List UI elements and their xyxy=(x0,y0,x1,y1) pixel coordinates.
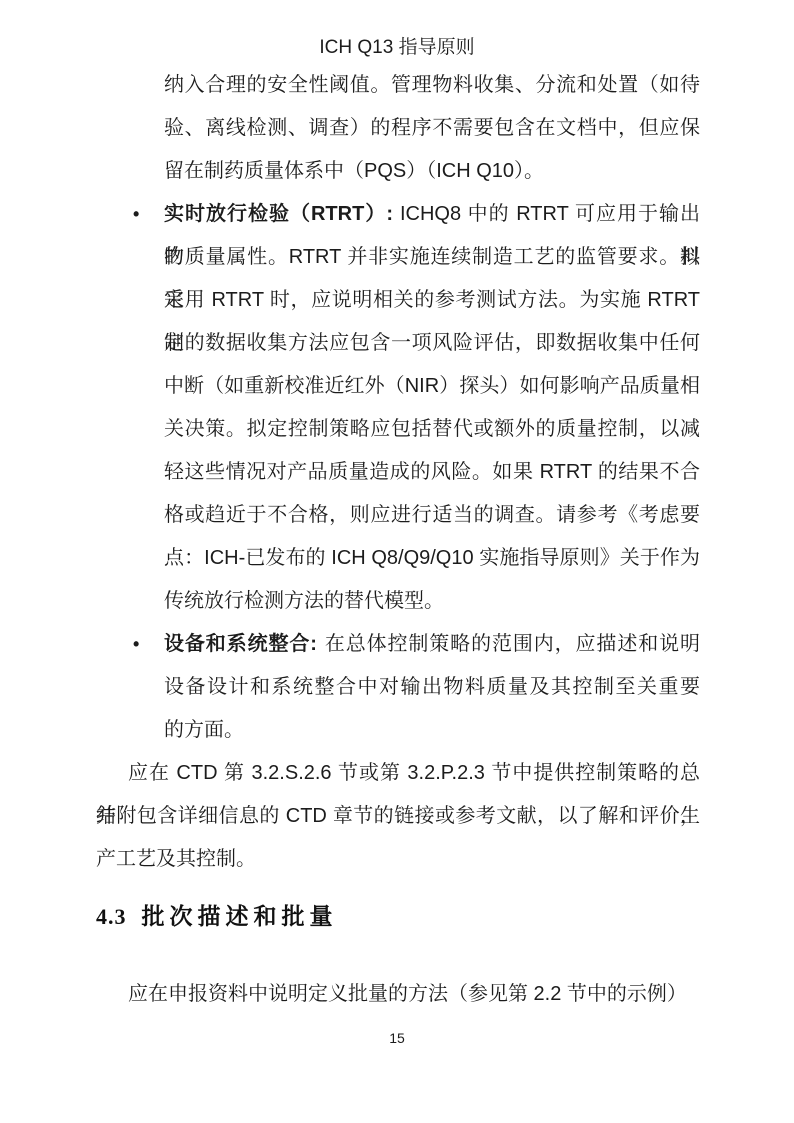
text-line: 中断（如重新校准近红外（NIR）探头）如何影响产品质量相 xyxy=(164,365,700,408)
text-line: 格或趋近于不合格，则应进行适当的调查。请参考《考虑要 xyxy=(164,494,700,537)
section-heading-4-3: 4.3批次描述和批量 xyxy=(96,895,700,937)
page-header-title: ICH Q13 指导原则 xyxy=(0,36,794,60)
bullet-marker: • xyxy=(133,623,139,666)
page-body: 纳入合理的安全性阈值。管理物料收集、分流和处置（如待 验、离线检测、调查）的程序… xyxy=(96,64,700,1016)
text-line: 采用 RTRT 时，应说明相关的参考测试方法。为实施 RTRT 制 xyxy=(164,279,700,322)
document-page: ICH Q13 指导原则 纳入合理的安全性阈值。管理物料收集、分流和处置（如待 … xyxy=(0,0,794,1123)
text-line: 并附包含详细信息的 CTD 章节的链接或参考文献，以了解和评价生 xyxy=(96,795,700,838)
paragraph-batch-size: 应在申报资料中说明定义批量的方法（参见第 2.2 节中的示例） xyxy=(96,973,700,1016)
text-line: 轻这些情况对产品质量造成的风险。如果 RTRT 的结果不合 xyxy=(164,451,700,494)
bullet-marker: • xyxy=(133,193,139,236)
bullet-item-equipment: • 设备和系统整合:在总体控制策略的范围内，应描述和说明 设备设计和系统整合中对… xyxy=(96,623,700,752)
section-title: 批次描述和批量 xyxy=(142,903,338,929)
text-line: 关决策。拟定控制策略应包括替代或额外的质量控制，以减 xyxy=(164,408,700,451)
section-number: 4.3 xyxy=(96,904,127,929)
text-line: 定的数据收集方法应包含一项风险评估，即数据收集中任何 xyxy=(164,322,700,365)
text-line: 实时放行检验（RTRT）:ICHQ8 中的 RTRT 可应用于输出物料 xyxy=(164,193,700,236)
text-line: 传统放行检测方法的替代模型。 xyxy=(164,580,700,623)
text-line: 设备设计和系统整合中对输出物料质量及其控制至关重要 xyxy=(164,666,700,709)
text-line: 应在 CTD 第 3.2.S.2.6 节或第 3.2.P.2.3 节中提供控制策… xyxy=(96,752,700,795)
text-line: 的方面。 xyxy=(164,709,700,752)
text-line: 应在申报资料中说明定义批量的方法（参见第 2.2 节中的示例） xyxy=(96,973,700,1016)
paragraph-ctd-summary: 应在 CTD 第 3.2.S.2.6 节或第 3.2.P.2.3 节中提供控制策… xyxy=(96,752,700,881)
text-line: 留在制药质量体系中（PQS）（ICH Q10）。 xyxy=(164,150,700,193)
bullet-first-line-text: 在总体控制策略的范围内，应描述和说明 xyxy=(324,633,700,655)
page-number: 15 xyxy=(0,1030,794,1046)
paragraph-continuation: 纳入合理的安全性阈值。管理物料收集、分流和处置（如待 验、离线检测、调查）的程序… xyxy=(164,64,700,193)
text-line: 产工艺及其控制。 xyxy=(96,838,700,881)
bullet-term: 设备和系统整合: xyxy=(164,633,317,655)
bullet-term: 实时放行检验（RTRT）: xyxy=(164,203,393,225)
text-line: 的质量属性。RTRT 并非实施连续制造工艺的监管要求。拟定 xyxy=(164,236,700,279)
text-line: 验、离线检测、调查）的程序不需要包含在文档中，但应保 xyxy=(164,107,700,150)
bullet-item-rtrt: • 实时放行检验（RTRT）:ICHQ8 中的 RTRT 可应用于输出物料 的质… xyxy=(96,193,700,623)
text-line: 设备和系统整合:在总体控制策略的范围内，应描述和说明 xyxy=(164,623,700,666)
text-line: 纳入合理的安全性阈值。管理物料收集、分流和处置（如待 xyxy=(164,64,700,107)
text-line: 点：ICH-已发布的 ICH Q8/Q9/Q10 实施指导原则》关于作为 xyxy=(164,537,700,580)
